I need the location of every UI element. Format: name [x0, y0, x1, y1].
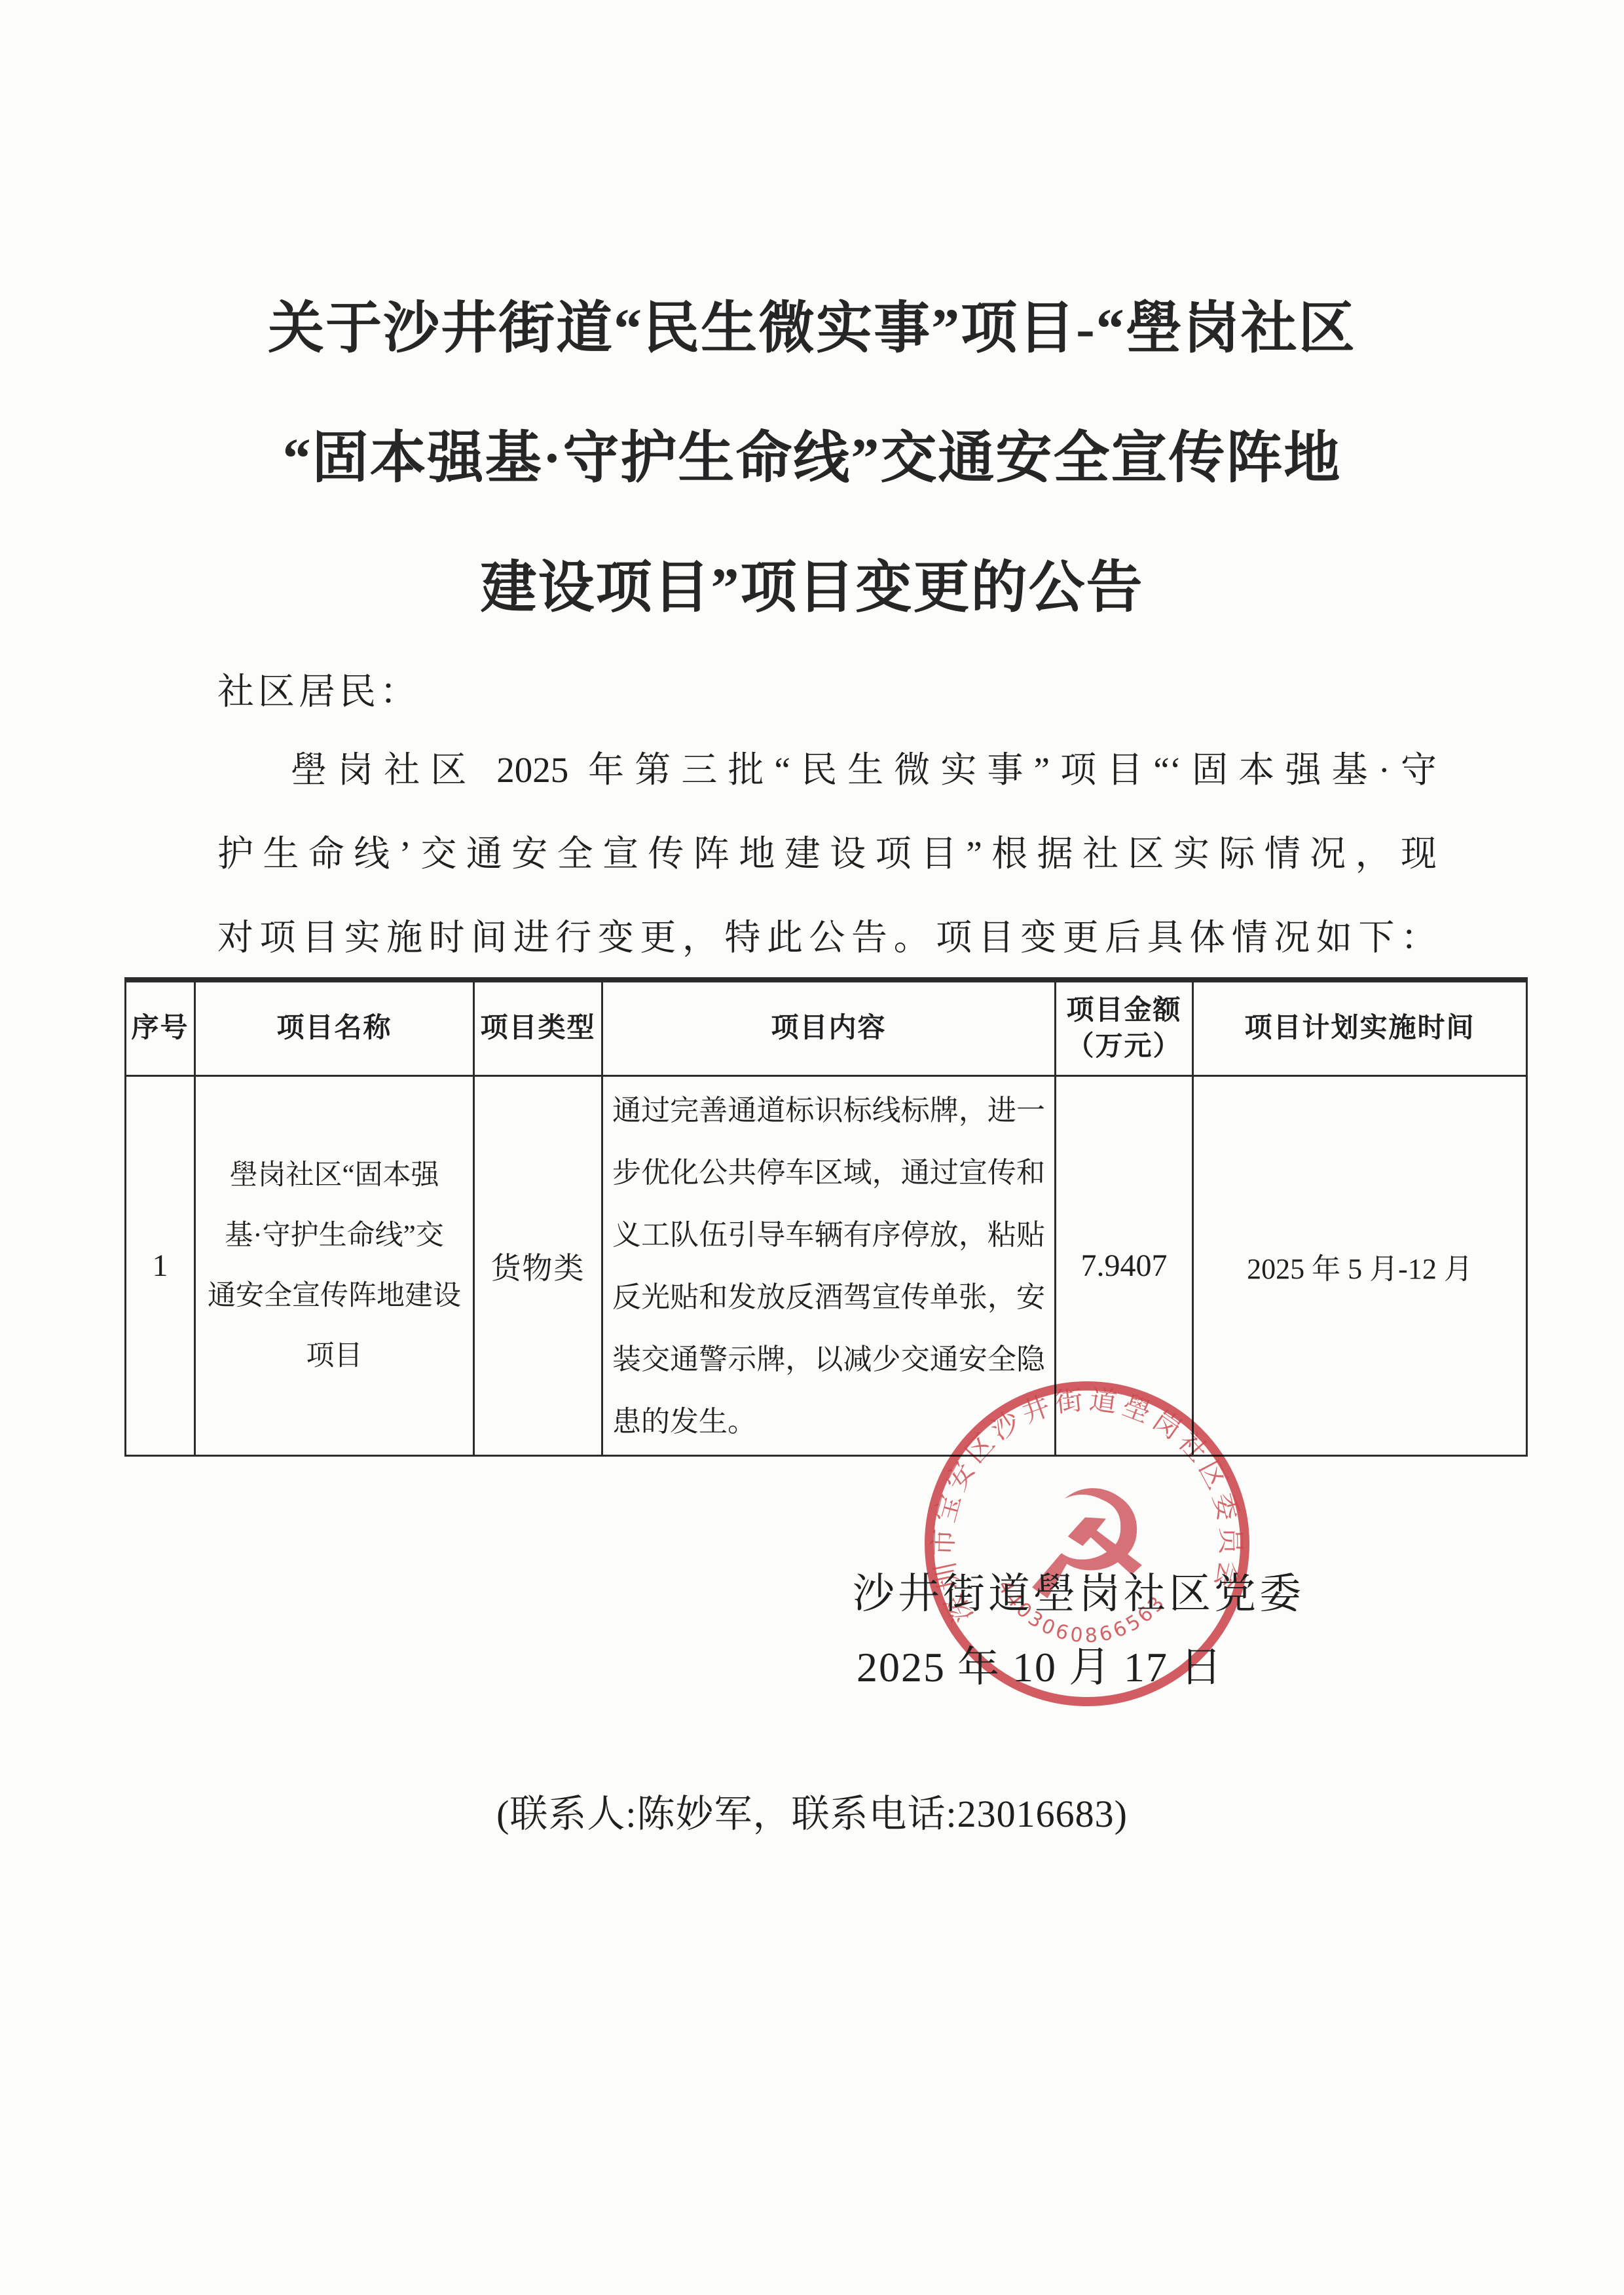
project-content-line: 反光贴和发放反酒驾宣传单张，安: [612, 1266, 1045, 1328]
header-seq: 序号: [126, 980, 195, 1076]
project-name-line: 项目: [196, 1326, 473, 1387]
document-title: 关于沙井街道“民生微实事”项目-“壆岗社区 “固本强基·守护生命线”交通安全宣传…: [0, 263, 1624, 652]
title-line-3: 建设项目”项目变更的公告: [0, 523, 1624, 652]
contact-line: (联系人:陈妙军，联系电话:23016683): [0, 1783, 1624, 1838]
header-amount: 项目金额 （万元）: [1056, 980, 1193, 1076]
header-amount-line1: 项目金额: [1056, 993, 1192, 1029]
table-row: 1 壆岗社区“固本强 基·守护生命线”交 通安全宣传阵地建设 项目 货物类 通过…: [126, 1076, 1527, 1456]
header-amount-line2: （万元）: [1056, 1029, 1192, 1065]
header-name: 项目名称: [195, 980, 474, 1076]
project-content-line: 通过完善通道标识标线标牌，进一: [612, 1079, 1045, 1142]
project-content-line: 步优化公共停车区域，通过宣传和: [612, 1142, 1045, 1204]
cell-seq: 1: [126, 1076, 195, 1456]
project-name-line: 壆岗社区“固本强: [196, 1146, 473, 1206]
paragraph-line: 对项目实施时间进行变更，特此公告。项目变更后具体情况如下：: [217, 896, 1437, 980]
title-line-1: 关于沙井街道“民生微实事”项目-“壆岗社区: [0, 263, 1624, 393]
signature-date: 2025 年 10 月 17 日: [857, 1633, 1223, 1694]
header-content: 项目内容: [602, 980, 1056, 1076]
title-line-2: “固本强基·守护生命线”交通安全宣传阵地: [0, 393, 1624, 523]
project-name-line: 通安全宣传阵地建设: [196, 1266, 473, 1326]
paragraph-line: 壆岗社区 2025 年第三批“民生微实事”项目“‘固本强基·守: [217, 728, 1437, 812]
cell-project-type: 货物类: [474, 1076, 602, 1456]
body-paragraph: 壆岗社区 2025 年第三批“民生微实事”项目“‘固本强基·守 护生命线’交通安…: [217, 728, 1437, 980]
signature-organization: 沙井街道壆岗社区党委: [853, 1560, 1304, 1620]
paragraph-line: 护生命线’交通安全宣传阵地建设项目”根据社区实际情况，现: [217, 812, 1437, 896]
salutation: 社区居民：: [217, 663, 420, 715]
header-time: 项目计划实施时间: [1193, 980, 1527, 1076]
document-page: 关于沙井街道“民生微实事”项目-“壆岗社区 “固本强基·守护生命线”交通安全宣传…: [0, 0, 1624, 2295]
header-type: 项目类型: [474, 980, 602, 1076]
project-table: 序号 项目名称 项目类型 项目内容 项目金额 （万元） 项目计划实施时间 1 壆…: [124, 977, 1528, 1457]
project-content-line: 义工队伍引导车辆有序停放，粘贴: [612, 1204, 1045, 1266]
cell-project-name: 壆岗社区“固本强 基·守护生命线”交 通安全宣传阵地建设 项目: [195, 1076, 474, 1456]
table-header-row: 序号 项目名称 项目类型 项目内容 项目金额 （万元） 项目计划实施时间: [126, 980, 1527, 1076]
project-name-line: 基·守护生命线”交: [196, 1206, 473, 1266]
